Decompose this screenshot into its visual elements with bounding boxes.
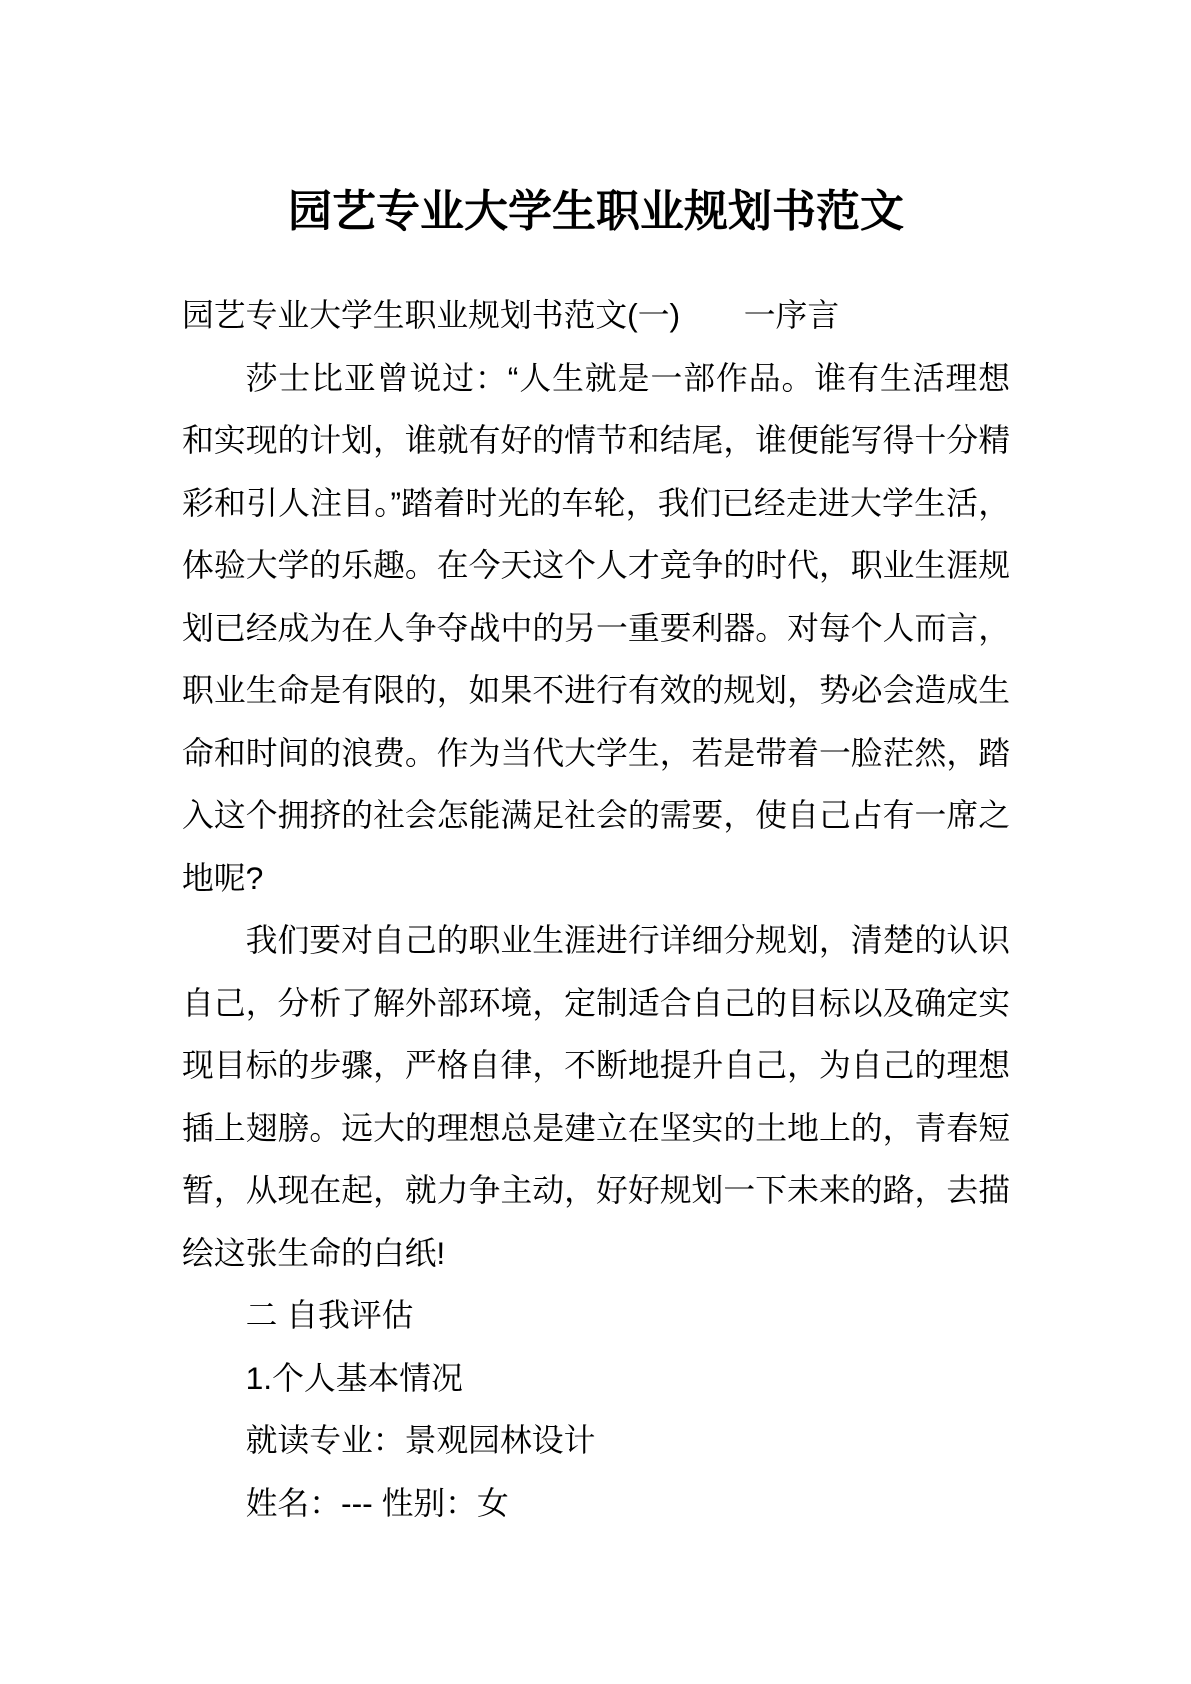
preface-paragraph-2: 我们要对自己的职业生涯进行详细分规划，清楚的认识自己，分析了解外部环境，定制适合… — [182, 909, 1010, 1284]
preface-paragraph-1: 莎士比亚曾说过：“人生就是一部作品。谁有生活理想和实现的计划，谁就有好的情节和结… — [182, 347, 1010, 910]
heading-personal-basic-info: 1.个人基本情况 — [182, 1347, 1010, 1410]
document-title: 园艺专业大学生职业规划书范文 — [182, 181, 1010, 243]
document-page: 园艺专业大学生职业规划书范文 园艺专业大学生职业规划书范文(一) 一序言 莎士比… — [0, 0, 1191, 1684]
line-major: 就读专业：景观园林设计 — [182, 1409, 1010, 1472]
line-name-gender: 姓名：--- 性别：女 — [182, 1472, 1010, 1535]
heading-self-assessment: 二 自我评估 — [182, 1284, 1010, 1347]
document-title-text: 园艺专业大学生职业规划书范文 — [288, 187, 904, 236]
section-heading-line: 园艺专业大学生职业规划书范文(一) 一序言 — [182, 284, 1010, 347]
